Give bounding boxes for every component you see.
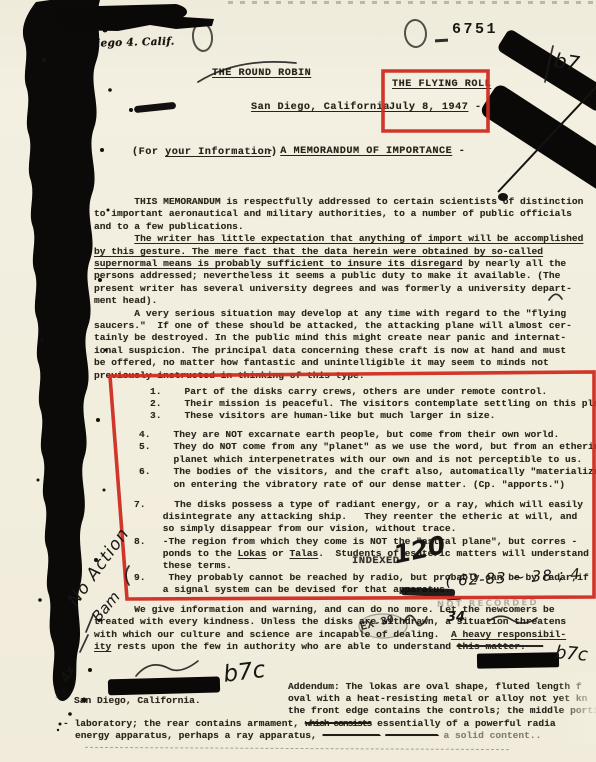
redaction-diagonal-2: [479, 82, 596, 197]
typed-line: to important aeronautical and military a…: [94, 208, 572, 219]
typed-line: supernormal means is probably sufficient…: [94, 258, 566, 269]
handwritten-15: 15: [54, 688, 68, 701]
redaction-diagonal-1: [496, 28, 596, 113]
title-round-robin: THE ROUND ROBIN: [212, 68, 311, 80]
redaction-bar-top-left: [57, 4, 214, 31]
indexed-stamp: INDEXED: [352, 555, 400, 567]
typed-line: and to a few publications.: [94, 221, 244, 232]
list-item: 4. They are NOT excarnate earth people, …: [139, 429, 559, 440]
typed-line: The writer has little expectation that a…: [94, 233, 583, 244]
typed-line: be offered, no matter how fantastic and …: [94, 357, 549, 368]
scan-artifact-bottom-dashes: [85, 747, 509, 750]
list-item: disintegrate any attacking ship. They re…: [134, 511, 577, 522]
typed-line: persons addressed; nevertheless it seems…: [94, 270, 560, 281]
addendum-line: Addendum: The lokas are oval shape, flut…: [288, 681, 582, 692]
pencil-o-mark-left: [190, 21, 214, 53]
addendum-place: San Diego, California.: [74, 695, 201, 706]
typed-line: treated with every kindness. Unless the …: [94, 616, 566, 627]
list-item: a signal system can be devised for that …: [134, 584, 451, 595]
memo-title: - A MEMORANDUM OF IMPORTANCE -: [267, 146, 465, 158]
caret-mark: [549, 294, 562, 300]
list-item: 5. They do NOT come from any "planet" as…: [139, 441, 596, 452]
typed-line: previously instructed in thinking of thi…: [94, 370, 365, 381]
ink-smear-header: [134, 102, 177, 113]
scan-fade-right-edge: [556, 672, 596, 744]
typed-line: ity rests upon the few in authority who …: [94, 641, 543, 652]
scanned-memo-page: San Diego 4. Calif. 6751 THE ROUND ROBIN…: [0, 0, 596, 762]
bracket-item9: [126, 566, 129, 585]
file-number: 6751: [452, 21, 498, 38]
city-stamp: San Diego 4. Calif.: [60, 36, 175, 51]
typed-line: ional suspicion. The principal data conc…: [94, 345, 566, 356]
list-item: 3. These visitors are human-like but muc…: [150, 410, 495, 421]
redaction-bar-bottom-mid: [108, 676, 220, 695]
addendum-line: oval with a heat-resisting metal or allo…: [288, 693, 587, 704]
handwritten-file-number-scrawl: ( 62-83 ~ 38 ; 4 —: [445, 564, 596, 608]
pen-stroke-b7: [545, 46, 553, 82]
redaction-bar-bottom-right: [477, 652, 559, 668]
underscore-mark: [435, 39, 448, 43]
title-flying-roll: THE FLYING ROLL: [392, 79, 491, 91]
flying-roll-text: THE FLYING ROLL: [392, 79, 491, 90]
handwritten-b7c-right: b7c: [554, 642, 588, 666]
margin-slash-2: [80, 635, 88, 652]
list-item: so simply disappear from our vision, wit…: [134, 523, 456, 534]
typed-line: A very serious situation may develop at …: [94, 308, 566, 319]
list-item: on entering the vibratory rate of our de…: [139, 479, 565, 490]
for-information: (For your Information): [132, 147, 278, 159]
round-robin-text: THE ROUND ROBIN: [212, 68, 311, 79]
date-line: July 8, 1947 -: [389, 102, 482, 114]
typed-line: by this gesture. The mere fact that the …: [94, 246, 543, 257]
handwritten-b7c-mid: b7c: [222, 657, 267, 688]
addendum-line: - laboratory; the rear contains armament…: [63, 718, 556, 729]
list-item: these terms.: [134, 560, 232, 571]
addendum-line: the front edge contains the controls; th…: [288, 705, 596, 716]
place-line: San Diego, California: [251, 102, 390, 114]
handwritten-4x: 4x: [58, 664, 79, 685]
list-item: 8. -The region from which they come is N…: [134, 536, 577, 547]
typed-line: saucers." If one of these should be atta…: [94, 320, 572, 331]
list-item: planet which interpenetrates with our ow…: [139, 454, 582, 465]
typed-line: with which our culture and science are i…: [94, 629, 566, 640]
handwritten-34: 34: [447, 610, 465, 625]
scan-artifact-top-dots: [228, 1, 596, 4]
typed-line: THIS MEMORANDUM is respectfully addresse…: [94, 196, 583, 207]
handwritten-b7-top: b7: [552, 48, 581, 76]
list-item: 2. Their mission is peaceful. The visito…: [150, 398, 596, 409]
pencil-o-mark-right: [403, 18, 428, 49]
typed-line: ment head).: [94, 295, 157, 306]
list-item: 1. Part of the disks carry crews, others…: [150, 386, 547, 397]
handwritten-no-action: No Action: [64, 524, 134, 609]
list-item: 6. The bodies of the visitors, and the c…: [139, 466, 596, 477]
addendum-line: energy apparatus, perhaps a ray apparatu…: [75, 730, 541, 741]
squiggle-above-bar: [136, 661, 198, 676]
typed-line: tainly be destroyed. In the public mind …: [94, 332, 566, 343]
list-item: 7. The disks possess a type of radiant e…: [134, 499, 583, 510]
typed-line: present writer has several university de…: [94, 283, 572, 294]
